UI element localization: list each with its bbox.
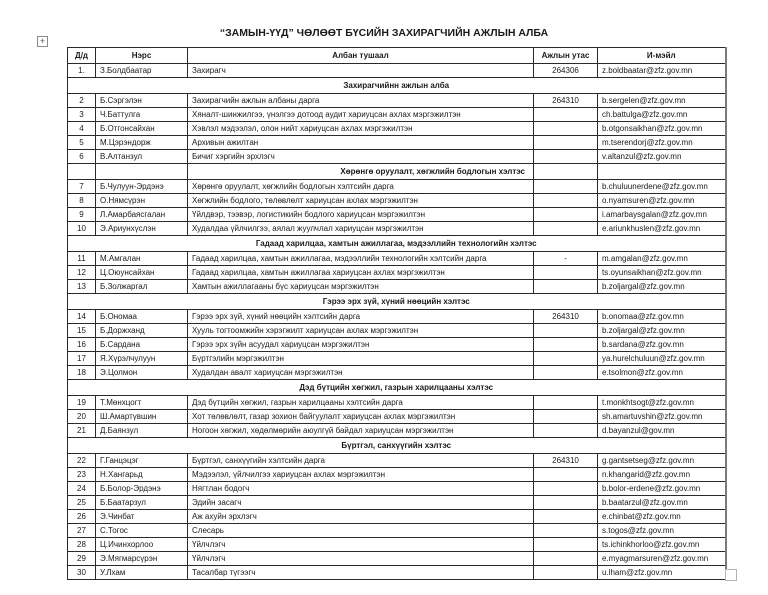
column-header-phone: Ажлын утас xyxy=(534,48,598,64)
table-row: 16Б.СарданаГэрээ эрх зүйн асуудал хариуц… xyxy=(68,338,726,352)
table-row: 24Б.Болор-ЭрдэнэНягтлан бодогчb.bolor-er… xyxy=(68,482,726,496)
section-spacer xyxy=(598,164,726,180)
table-row: 14Б.ОномааГэрээ эрх зүй, хүний нөөцийн х… xyxy=(68,310,726,324)
employee-name: В.Алтанзул xyxy=(96,150,188,164)
table-row: 18Э.ЦолмонХудалдан авалт хариуцсан мэргэ… xyxy=(68,366,726,380)
staff-directory-table: Д/д Нэрс Албан тушаал Ажлын утас И-мэйл … xyxy=(67,47,727,580)
email-address: e.myagmarsuren@zfz.gov.mn xyxy=(598,552,726,566)
job-title: Хөрөнгө оруулалт, хөгжлийн бодлогын хэлт… xyxy=(188,180,534,194)
employee-name: Л.Амарбаясгалан xyxy=(96,208,188,222)
row-number: 29 xyxy=(68,552,96,566)
employee-name: Б.Чулуун-Эрдэнэ xyxy=(96,180,188,194)
email-address: v.altanzul@zfz.gov.mn xyxy=(598,150,726,164)
job-title: Үйлчлэгч xyxy=(188,552,534,566)
email-address: b.chuluunerdene@zfz.gov.mn xyxy=(598,180,726,194)
row-number: 14 xyxy=(68,310,96,324)
work-phone xyxy=(534,338,598,352)
employee-name: Н.Хангарьд xyxy=(96,468,188,482)
column-header-name: Нэрс xyxy=(96,48,188,64)
job-title: Архивын ажилтан xyxy=(188,136,534,150)
row-number: 26 xyxy=(68,510,96,524)
employee-name: У.Лхам xyxy=(96,566,188,580)
employee-name: Ч.Баттулга xyxy=(96,108,188,122)
job-title: Гадаад харилцаа, хамтын ажиллагаа, мэдээ… xyxy=(188,252,534,266)
table-row: 6В.АлтанзулБичиг хэргийн эрхлэгчv.altanz… xyxy=(68,150,726,164)
table-body: 1.З.БолдбаатарЗахирагч264306z.boldbaatar… xyxy=(68,64,726,580)
email-address: u.lham@zfz.gov.mn xyxy=(598,566,726,580)
employee-name: О.Нямсүрэн xyxy=(96,194,188,208)
row-number: 2 xyxy=(68,94,96,108)
email-address: n.khangarid@zfz.gov.mn xyxy=(598,468,726,482)
table-row: 10Э.АриунхүслэнХудалдаа үйлчилгээ, аялал… xyxy=(68,222,726,236)
email-address: m.amgalan@zfz.gov.mn xyxy=(598,252,726,266)
email-address: b.zoljargal@zfz.gov.mn xyxy=(598,280,726,294)
email-address: e.chinbat@zfz.gov.mn xyxy=(598,510,726,524)
table-row: 21Д.БаянзулНогоон хөгжил, хөдөлмөрийн аю… xyxy=(68,424,726,438)
document-title: “ЗАМЫН-ҮҮД” ЧӨЛӨӨТ БҮСИЙН ЗАХИРАГЧИЙН АЖ… xyxy=(0,27,768,39)
email-address: g.gantsetseg@zfz.gov.mn xyxy=(598,454,726,468)
table-row: 9Л.АмарбаясгаланҮйлдвэр, тээвэр, логисти… xyxy=(68,208,726,222)
email-address: b.onomaa@zfz.gov.mn xyxy=(598,310,726,324)
job-title: Худалдаа үйлчилгээ, аялал жуулчлал хариу… xyxy=(188,222,534,236)
employee-name: З.Болдбаатар xyxy=(96,64,188,78)
work-phone xyxy=(534,424,598,438)
row-number: 24 xyxy=(68,482,96,496)
employee-name: Б.Отгонсайхан xyxy=(96,122,188,136)
table-row: 26Э.ЧинбатАж ахуйн эрхлэгчe.chinbat@zfz.… xyxy=(68,510,726,524)
work-phone xyxy=(534,222,598,236)
table-row: 11М.АмгаланГадаад харилцаа, хамтын ажилл… xyxy=(68,252,726,266)
row-number: 21 xyxy=(68,424,96,438)
job-title: Хот төлөвлөлт, газар зохион байгуулалт х… xyxy=(188,410,534,424)
table-row: 8О.НямсүрэнХөгжлийн бодлого, төлөвлөлт х… xyxy=(68,194,726,208)
row-number: 13 xyxy=(68,280,96,294)
email-address: o.nyamsuren@zfz.gov.mn xyxy=(598,194,726,208)
table-row: 17Я.ХүрэлчулуунБүртгэлийн мэргэжилтэнya.… xyxy=(68,352,726,366)
employee-name: Б.Доржханд xyxy=(96,324,188,338)
row-number: 1. xyxy=(68,64,96,78)
employee-name: Ш.Амартүвшин xyxy=(96,410,188,424)
email-address: b.sergelen@zfz.gov.mn xyxy=(598,94,726,108)
work-phone xyxy=(534,496,598,510)
row-number: 9 xyxy=(68,208,96,222)
job-title: Бүртгэл, санхүүгийн хэлтсийн дарга xyxy=(188,454,534,468)
job-title: Гэрээ эрх зүй, хүний нөөцийн хэлтсийн да… xyxy=(188,310,534,324)
column-header-position: Албан тушаал xyxy=(188,48,534,64)
section-spacer xyxy=(534,164,598,180)
section-row: Хөрөнгө оруулалт, хөгжлийн бодлогын хэлт… xyxy=(68,164,726,180)
job-title: Хэвлэл мэдээлэл, олон нийт хариуцсан ахл… xyxy=(188,122,534,136)
job-title: Гэрээ эрх зүйн асуудал хариуцсан мэргэжи… xyxy=(188,338,534,352)
email-address: ts.oyunsaikhan@zfz.gov.mn xyxy=(598,266,726,280)
table-header-row: Д/д Нэрс Албан тушаал Ажлын утас И-мэйл xyxy=(68,48,726,64)
employee-name: Б.Сэргэлэн xyxy=(96,94,188,108)
row-number: 30 xyxy=(68,566,96,580)
job-title: Бүртгэлийн мэргэжилтэн xyxy=(188,352,534,366)
email-address: e.ariunkhuslen@zfz.gov.mn xyxy=(598,222,726,236)
section-title: Гадаад харилцаа, хамтын ажиллагаа, мэдээ… xyxy=(68,236,726,252)
column-header-email: И-мэйл xyxy=(598,48,726,64)
work-phone xyxy=(534,510,598,524)
email-address: ya.hurelchuluun@zfz.gov.mn xyxy=(598,352,726,366)
section-row: Захирагчийнн ажлын алба xyxy=(68,78,726,94)
employee-name: Э.Ариунхүслэн xyxy=(96,222,188,236)
job-title: Слесарь xyxy=(188,524,534,538)
section-row: Дэд бүтцийн хөгжил, газрын харилцааны хэ… xyxy=(68,380,726,396)
table-row: 25Б.БаатарзулЭдийн засагчb.baatarzul@zfz… xyxy=(68,496,726,510)
section-title: Захирагчийнн ажлын алба xyxy=(68,78,726,94)
email-address: d.bayanzul@gov.mn xyxy=(598,424,726,438)
email-address: z.boldbaatar@zfz.gov.mn xyxy=(598,64,726,78)
employee-name: М.Цэрэндорж xyxy=(96,136,188,150)
table-move-handle-icon[interactable]: + xyxy=(37,36,48,47)
email-address: sh.amartuvshin@zfz.gov.mn xyxy=(598,410,726,424)
table-row: 28Ц.ИчинхорлооҮйлчлэгчts.ichinkhorloo@zf… xyxy=(68,538,726,552)
email-address: m.tserendorj@zfz.gov.mn xyxy=(598,136,726,150)
work-phone xyxy=(534,410,598,424)
employee-name: С.Тогос xyxy=(96,524,188,538)
row-number: 11 xyxy=(68,252,96,266)
table-row: 29Э.МягмарсүрэнҮйлчлэгчe.myagmarsuren@zf… xyxy=(68,552,726,566)
work-phone: 264306 xyxy=(534,64,598,78)
job-title: Нягтлан бодогч xyxy=(188,482,534,496)
work-phone xyxy=(534,122,598,136)
email-address: e.tsolmon@zfz.gov.mn xyxy=(598,366,726,380)
job-title: Захирагч xyxy=(188,64,534,78)
work-phone xyxy=(534,108,598,122)
section-row: Бүртгэл, санхүүгийн хэлтэс xyxy=(68,438,726,454)
row-number: 27 xyxy=(68,524,96,538)
table-row: 13Б.ЗолжаргалХамтын ажиллагааны бүс хари… xyxy=(68,280,726,294)
table-row: 19Т.МөнхцогтДэд бүтцийн хөгжил, газрын х… xyxy=(68,396,726,410)
email-address: b.bolor-erdene@zfz.gov.mn xyxy=(598,482,726,496)
row-number: 22 xyxy=(68,454,96,468)
employee-name: Б.Золжаргал xyxy=(96,280,188,294)
email-address: b.zoljargal@zfz.gov.mn xyxy=(598,324,726,338)
table-row: 5М.ЦэрэндоржАрхивын ажилтанm.tserendorj@… xyxy=(68,136,726,150)
job-title: Эдийн засагч xyxy=(188,496,534,510)
work-phone xyxy=(534,180,598,194)
table-row: 30У.ЛхамТасалбар түгээгчu.lham@zfz.gov.m… xyxy=(68,566,726,580)
email-address: b.otgonsaikhan@zfz.gov.mn xyxy=(598,122,726,136)
work-phone xyxy=(534,524,598,538)
email-address: b.baatarzul@zfz.gov.mn xyxy=(598,496,726,510)
email-address: b.sardana@zfz.gov.mn xyxy=(598,338,726,352)
table-row: 22Г.ГанцэцэгБүртгэл, санхүүгийн хэлтсийн… xyxy=(68,454,726,468)
row-number: 19 xyxy=(68,396,96,410)
row-number: 25 xyxy=(68,496,96,510)
work-phone: 264310 xyxy=(534,310,598,324)
section-spacer xyxy=(96,164,188,180)
work-phone xyxy=(534,194,598,208)
email-address: s.togos@zfz.gov.mn xyxy=(598,524,726,538)
job-title: Захирагчийн ажлын албаны дарга xyxy=(188,94,534,108)
section-title: Хөрөнгө оруулалт, хөгжлийн бодлогын хэлт… xyxy=(188,164,534,180)
job-title: Тасалбар түгээгч xyxy=(188,566,534,580)
job-title: Үйлдвэр, тээвэр, логистикийн бодлого хар… xyxy=(188,208,534,222)
section-row: Гэрээ эрх зүй, хүний нөөцийн хэлтэс xyxy=(68,294,726,310)
table-resize-handle-icon[interactable] xyxy=(725,569,737,581)
work-phone: 264310 xyxy=(534,454,598,468)
table-row: 2Б.СэргэлэнЗахирагчийн ажлын албаны дарг… xyxy=(68,94,726,108)
work-phone xyxy=(534,352,598,366)
work-phone xyxy=(534,482,598,496)
job-title: Худалдан авалт хариуцсан мэргэжилтэн xyxy=(188,366,534,380)
table-row: 15Б.ДоржхандХууль тогтоомжийн хэрэгжилт … xyxy=(68,324,726,338)
employee-name: Э.Мягмарсүрэн xyxy=(96,552,188,566)
work-phone xyxy=(534,538,598,552)
employee-name: Я.Хүрэлчулуун xyxy=(96,352,188,366)
work-phone xyxy=(534,208,598,222)
row-number: 17 xyxy=(68,352,96,366)
work-phone xyxy=(534,566,598,580)
job-title: Ногоон хөгжил, хөдөлмөрийн аюулгүй байда… xyxy=(188,424,534,438)
job-title: Хөгжлийн бодлого, төлөвлөлт хариуцсан ах… xyxy=(188,194,534,208)
job-title: Мэдээлэл, үйлчилгээ хариуцсан ахлах мэрг… xyxy=(188,468,534,482)
row-number: 28 xyxy=(68,538,96,552)
work-phone xyxy=(534,266,598,280)
row-number: 20 xyxy=(68,410,96,424)
row-number: 10 xyxy=(68,222,96,236)
employee-name: Э.Цолмон xyxy=(96,366,188,380)
job-title: Гадаад харилцаа, хамтын ажиллагаа хариуц… xyxy=(188,266,534,280)
email-address: i.amarbaysgalan@zfz.gov.mn xyxy=(598,208,726,222)
job-title: Аж ахуйн эрхлэгч xyxy=(188,510,534,524)
work-phone xyxy=(534,324,598,338)
work-phone: - xyxy=(534,252,598,266)
email-address: ch.battulga@zfz.gov.mn xyxy=(598,108,726,122)
column-header-number: Д/д xyxy=(68,48,96,64)
work-phone xyxy=(534,468,598,482)
job-title: Дэд бүтцийн хөгжил, газрын харилцааны хэ… xyxy=(188,396,534,410)
employee-name: Ц.Оюунсайхан xyxy=(96,266,188,280)
section-spacer xyxy=(68,164,96,180)
table-row: 12Ц.ОюунсайханГадаад харилцаа, хамтын аж… xyxy=(68,266,726,280)
row-number: 3 xyxy=(68,108,96,122)
email-address: ts.ichinkhorloo@zfz.gov.mn xyxy=(598,538,726,552)
job-title: Бичиг хэргийн эрхлэгч xyxy=(188,150,534,164)
employee-name: Д.Баянзул xyxy=(96,424,188,438)
section-title: Гэрээ эрх зүй, хүний нөөцийн хэлтэс xyxy=(68,294,726,310)
row-number: 16 xyxy=(68,338,96,352)
work-phone xyxy=(534,396,598,410)
employee-name: Г.Ганцэцэг xyxy=(96,454,188,468)
employee-name: Б.Болор-Эрдэнэ xyxy=(96,482,188,496)
row-number: 18 xyxy=(68,366,96,380)
table-row: 3Ч.БаттулгаХяналт-шинжилгээ, үнэлгээ дот… xyxy=(68,108,726,122)
table-row: 4Б.ОтгонсайханХэвлэл мэдээлэл, олон нийт… xyxy=(68,122,726,136)
job-title: Хамтын ажиллагааны бүс хариуцсан мэргэжи… xyxy=(188,280,534,294)
section-title: Бүртгэл, санхүүгийн хэлтэс xyxy=(68,438,726,454)
employee-name: Б.Ономаа xyxy=(96,310,188,324)
row-number: 15 xyxy=(68,324,96,338)
employee-name: Т.Мөнхцогт xyxy=(96,396,188,410)
table-row: 1.З.БолдбаатарЗахирагч264306z.boldbaatar… xyxy=(68,64,726,78)
job-title: Үйлчлэгч xyxy=(188,538,534,552)
section-row: Гадаад харилцаа, хамтын ажиллагаа, мэдээ… xyxy=(68,236,726,252)
email-address: t.monkhtsogt@zfz.gov.mn xyxy=(598,396,726,410)
row-number: 6 xyxy=(68,150,96,164)
job-title: Хууль тогтоомжийн хэрэгжилт хариуцсан ах… xyxy=(188,324,534,338)
work-phone xyxy=(534,150,598,164)
row-number: 4 xyxy=(68,122,96,136)
employee-name: Э.Чинбат xyxy=(96,510,188,524)
job-title: Хяналт-шинжилгээ, үнэлгээ дотоод аудит х… xyxy=(188,108,534,122)
table-row: 7Б.Чулуун-ЭрдэнэХөрөнгө оруулалт, хөгжли… xyxy=(68,180,726,194)
table-row: 20Ш.АмартүвшинХот төлөвлөлт, газар зохио… xyxy=(68,410,726,424)
work-phone xyxy=(534,136,598,150)
section-title: Дэд бүтцийн хөгжил, газрын харилцааны хэ… xyxy=(68,380,726,396)
table-row: 23Н.ХангарьдМэдээлэл, үйлчилгээ хариуцса… xyxy=(68,468,726,482)
employee-name: Б.Сардана xyxy=(96,338,188,352)
work-phone: 264310 xyxy=(534,94,598,108)
row-number: 5 xyxy=(68,136,96,150)
row-number: 23 xyxy=(68,468,96,482)
row-number: 12 xyxy=(68,266,96,280)
row-number: 7 xyxy=(68,180,96,194)
employee-name: М.Амгалан xyxy=(96,252,188,266)
table-row: 27С.ТогосСлесарьs.togos@zfz.gov.mn xyxy=(68,524,726,538)
work-phone xyxy=(534,366,598,380)
work-phone xyxy=(534,280,598,294)
row-number: 8 xyxy=(68,194,96,208)
employee-name: Б.Баатарзул xyxy=(96,496,188,510)
employee-name: Ц.Ичинхорлоо xyxy=(96,538,188,552)
work-phone xyxy=(534,552,598,566)
